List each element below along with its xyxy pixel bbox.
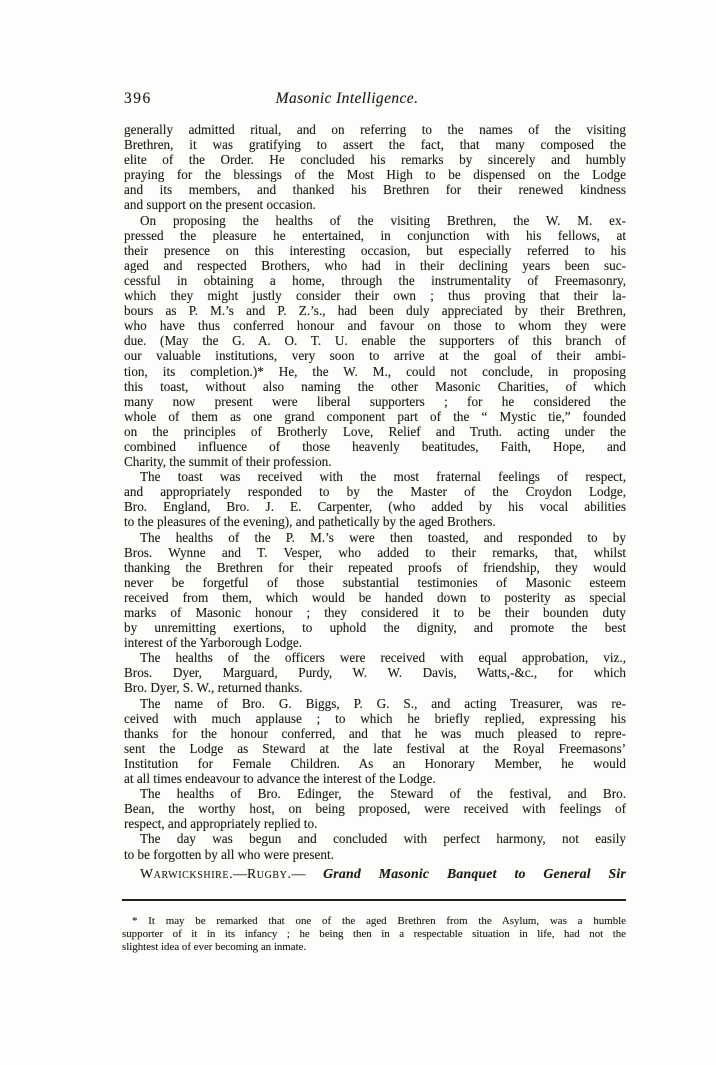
section-heading: Warwickshire.—Rugby.— Grand Masonic Banq… [124,866,626,881]
text-line: sent the Lodge as Steward at the late fe… [124,741,626,756]
footnote-line: * It may be remarked that one of the age… [122,915,626,928]
text-line: generally admitted ritual, and on referr… [124,122,626,137]
paragraph: The healths of the P. M.’s were then toa… [124,530,626,651]
document-page: 396 Masonic Intelligence. generally admi… [0,0,716,1065]
text-line: On proposing the healths of the visiting… [124,213,626,228]
text-line: and its members, and thanked his Brethre… [124,182,626,197]
text-line: to the pleasures of the evening), and pa… [124,514,626,529]
section-place-town: Rugby. [247,866,292,881]
text-line: to be forgotten by all who were present. [124,847,626,862]
text-line: due. (May the G. A. O. T. U. enable the … [124,333,626,348]
section-place-county: Warwickshire. [140,866,233,881]
text-line: Bro. Dyer, S. W., returned thanks. [124,680,626,695]
text-line: which they might justly consider their o… [124,288,626,303]
paragraph: The toast was received with the most fra… [124,469,626,529]
paragraph: The name of Bro. G. Biggs, P. G. S., and… [124,696,626,787]
text-line: Bro. England, Bro. J. E. Carpenter, (who… [124,499,626,514]
footnote-divider [122,899,626,901]
section-title: Grand Masonic Banquet to General Sir [305,866,626,881]
text-line: on the principles of Brotherly Love, Rel… [124,424,626,439]
article-body: generally admitted ritual, and on referr… [124,122,626,881]
text-line: many now present were liberal supporters… [124,394,626,409]
running-title: Masonic Intelligence. [124,90,570,108]
text-line: elite of the Order. He concluded his rem… [124,152,626,167]
text-line: received from them, which would be hande… [124,590,626,605]
text-line: praying for the blessings of the Most Hi… [124,167,626,182]
text-line: The name of Bro. G. Biggs, P. G. S., and… [124,696,626,711]
text-line: their presence on this interesting occas… [124,243,626,258]
text-line: tion, its completion.)* He, the W. M., c… [124,364,626,379]
text-line: this toast, without also naming the othe… [124,379,626,394]
paragraph: The day was begun and concluded with per… [124,831,626,861]
text-line: respect, and appropriately replied to. [124,816,626,831]
footnote-line: supporter of it in its infancy ; he bein… [122,928,626,941]
paragraph: The healths of Bro. Edinger, the Steward… [124,786,626,831]
text-line: Brethren, it was gratifying to assert th… [124,137,626,152]
text-line: never be forgetful of those substantial … [124,575,626,590]
text-line: by unremitting exertions, to uphold the … [124,620,626,635]
text-line: The day was begun and concluded with per… [124,831,626,846]
paragraph: The healths of the officers were receive… [124,650,626,695]
text-line: cessful in obtaining a home, through the… [124,273,626,288]
text-line: and support on the present occasion. [124,197,626,212]
text-line: The healths of the P. M.’s were then toa… [124,530,626,545]
paragraph: generally admitted ritual, and on referr… [124,122,626,213]
footnote: * It may be remarked that one of the age… [122,915,626,954]
text-line: marks of Masonic honour ; they considere… [124,605,626,620]
section-dash-1: — [233,866,247,881]
text-line: pressed the pleasure he entertained, in … [124,228,626,243]
text-line: The toast was received with the most fra… [124,469,626,484]
text-line: Bros. Dyer, Marguard, Purdy, W. W. Davis… [124,665,626,680]
text-line: thanks for the honour conferred, and tha… [124,726,626,741]
section-dash-2: — [292,866,306,881]
text-line: who have thus conferred honour and favou… [124,318,626,333]
text-line: thanking the Brethren for their repeated… [124,560,626,575]
footnote-line: slightest idea of ever becoming an inmat… [122,941,626,954]
text-line: our valuable institutions, very soon to … [124,348,626,363]
text-line: bours as P. M.’s and P. Z.’s., had been … [124,303,626,318]
text-line: Charity, the summit of their profession. [124,454,626,469]
text-line: Bean, the worthy host, on being proposed… [124,801,626,816]
text-line: interest of the Yarborough Lodge. [124,635,626,650]
text-line: aged and respected Brothers, who had in … [124,258,626,273]
text-line: ceived with much applause ; to which he … [124,711,626,726]
text-line: The healths of the officers were receive… [124,650,626,665]
paragraphs-container: generally admitted ritual, and on referr… [124,122,626,862]
text-line: Institution for Female Children. As an H… [124,756,626,771]
text-line: whole of them as one grand component par… [124,409,626,424]
text-line: Bros. Wynne and T. Vesper, who added to … [124,545,626,560]
text-line: The healths of Bro. Edinger, the Steward… [124,786,626,801]
paragraph: On proposing the healths of the visiting… [124,213,626,470]
text-line: and appropriately responded to by the Ma… [124,484,626,499]
text-line: at all times endeavour to advance the in… [124,771,626,786]
page-header: 396 Masonic Intelligence. [124,90,626,112]
text-line: combined influence of those heavenly bea… [124,439,626,454]
